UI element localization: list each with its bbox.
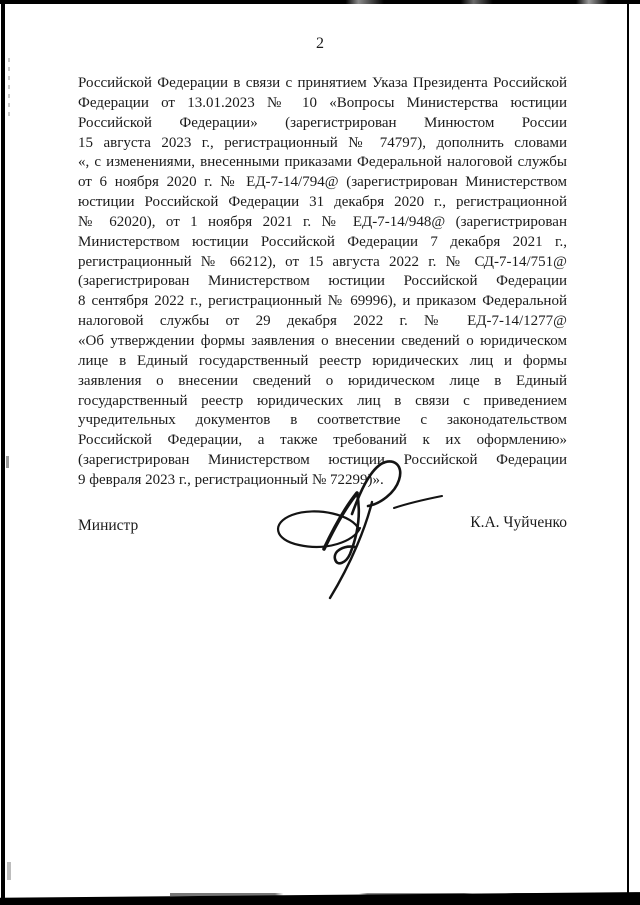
scan-noise-speck bbox=[7, 862, 11, 880]
scan-noise-speck bbox=[6, 456, 9, 468]
page-number: 2 bbox=[0, 35, 640, 53]
body-text-line: Российской Федерации в связи с принятием… bbox=[78, 74, 567, 94]
scan-border-top bbox=[0, 0, 640, 4]
body-text-line: налоговой службы от 29 декабря 2022 г. №… bbox=[78, 312, 567, 332]
body-text-line: (зарегистрирован Министерством юстиции Р… bbox=[78, 272, 567, 292]
body-paragraph: Российской Федерации в связи с принятием… bbox=[78, 74, 567, 491]
scan-noise-speck bbox=[8, 58, 10, 118]
body-text-line: учредительных документов в соответствие … bbox=[78, 411, 567, 431]
body-text-line: Российской Федерации, а также требований… bbox=[78, 431, 567, 451]
body-text-line: юстиции Российской Федерации 31 декабря … bbox=[78, 193, 567, 213]
body-text-line: № 62020), от 1 ноября 2021 г. № ЕД-7-14/… bbox=[78, 213, 567, 233]
signer-name: К.А. Чуйченко bbox=[470, 514, 567, 532]
signer-position-label: Министр bbox=[78, 517, 138, 535]
body-text-line: 15 августа 2023 г., регистрационный № 74… bbox=[78, 134, 567, 154]
body-text-line: Российской Федерации» (зарегистрирован М… bbox=[78, 114, 567, 134]
body-text-line: заявления о внесении сведений о юридичес… bbox=[78, 372, 567, 392]
scan-border-left bbox=[1, 0, 5, 905]
body-text-line: регистрационный № 66212), от 15 августа … bbox=[78, 253, 567, 273]
body-text-line: «Об утверждении формы заявления о внесен… bbox=[78, 332, 567, 352]
body-text-line: Министерством юстиции Российской Федерац… bbox=[78, 233, 567, 253]
handwritten-signature-icon bbox=[266, 456, 448, 604]
scan-border-right bbox=[627, 3, 629, 897]
document-page: 2 Российской Федерации в связи с приняти… bbox=[0, 0, 640, 905]
body-text-line: от 6 ноября 2020 г. № ЕД-7-14/794@ (заре… bbox=[78, 173, 567, 193]
body-text-line: «, с изменениями, внесенными приказами Ф… bbox=[78, 153, 567, 173]
body-text-line: 8 сентября 2022 г., регистрационный № 69… bbox=[78, 292, 567, 312]
body-text-line: Федерации от 13.01.2023 № 10 «Вопросы Ми… bbox=[78, 94, 567, 114]
body-text-line: лице в Единый государственный реестр юри… bbox=[78, 352, 567, 372]
body-text-line: государственный реестр юридических лиц в… bbox=[78, 392, 567, 412]
